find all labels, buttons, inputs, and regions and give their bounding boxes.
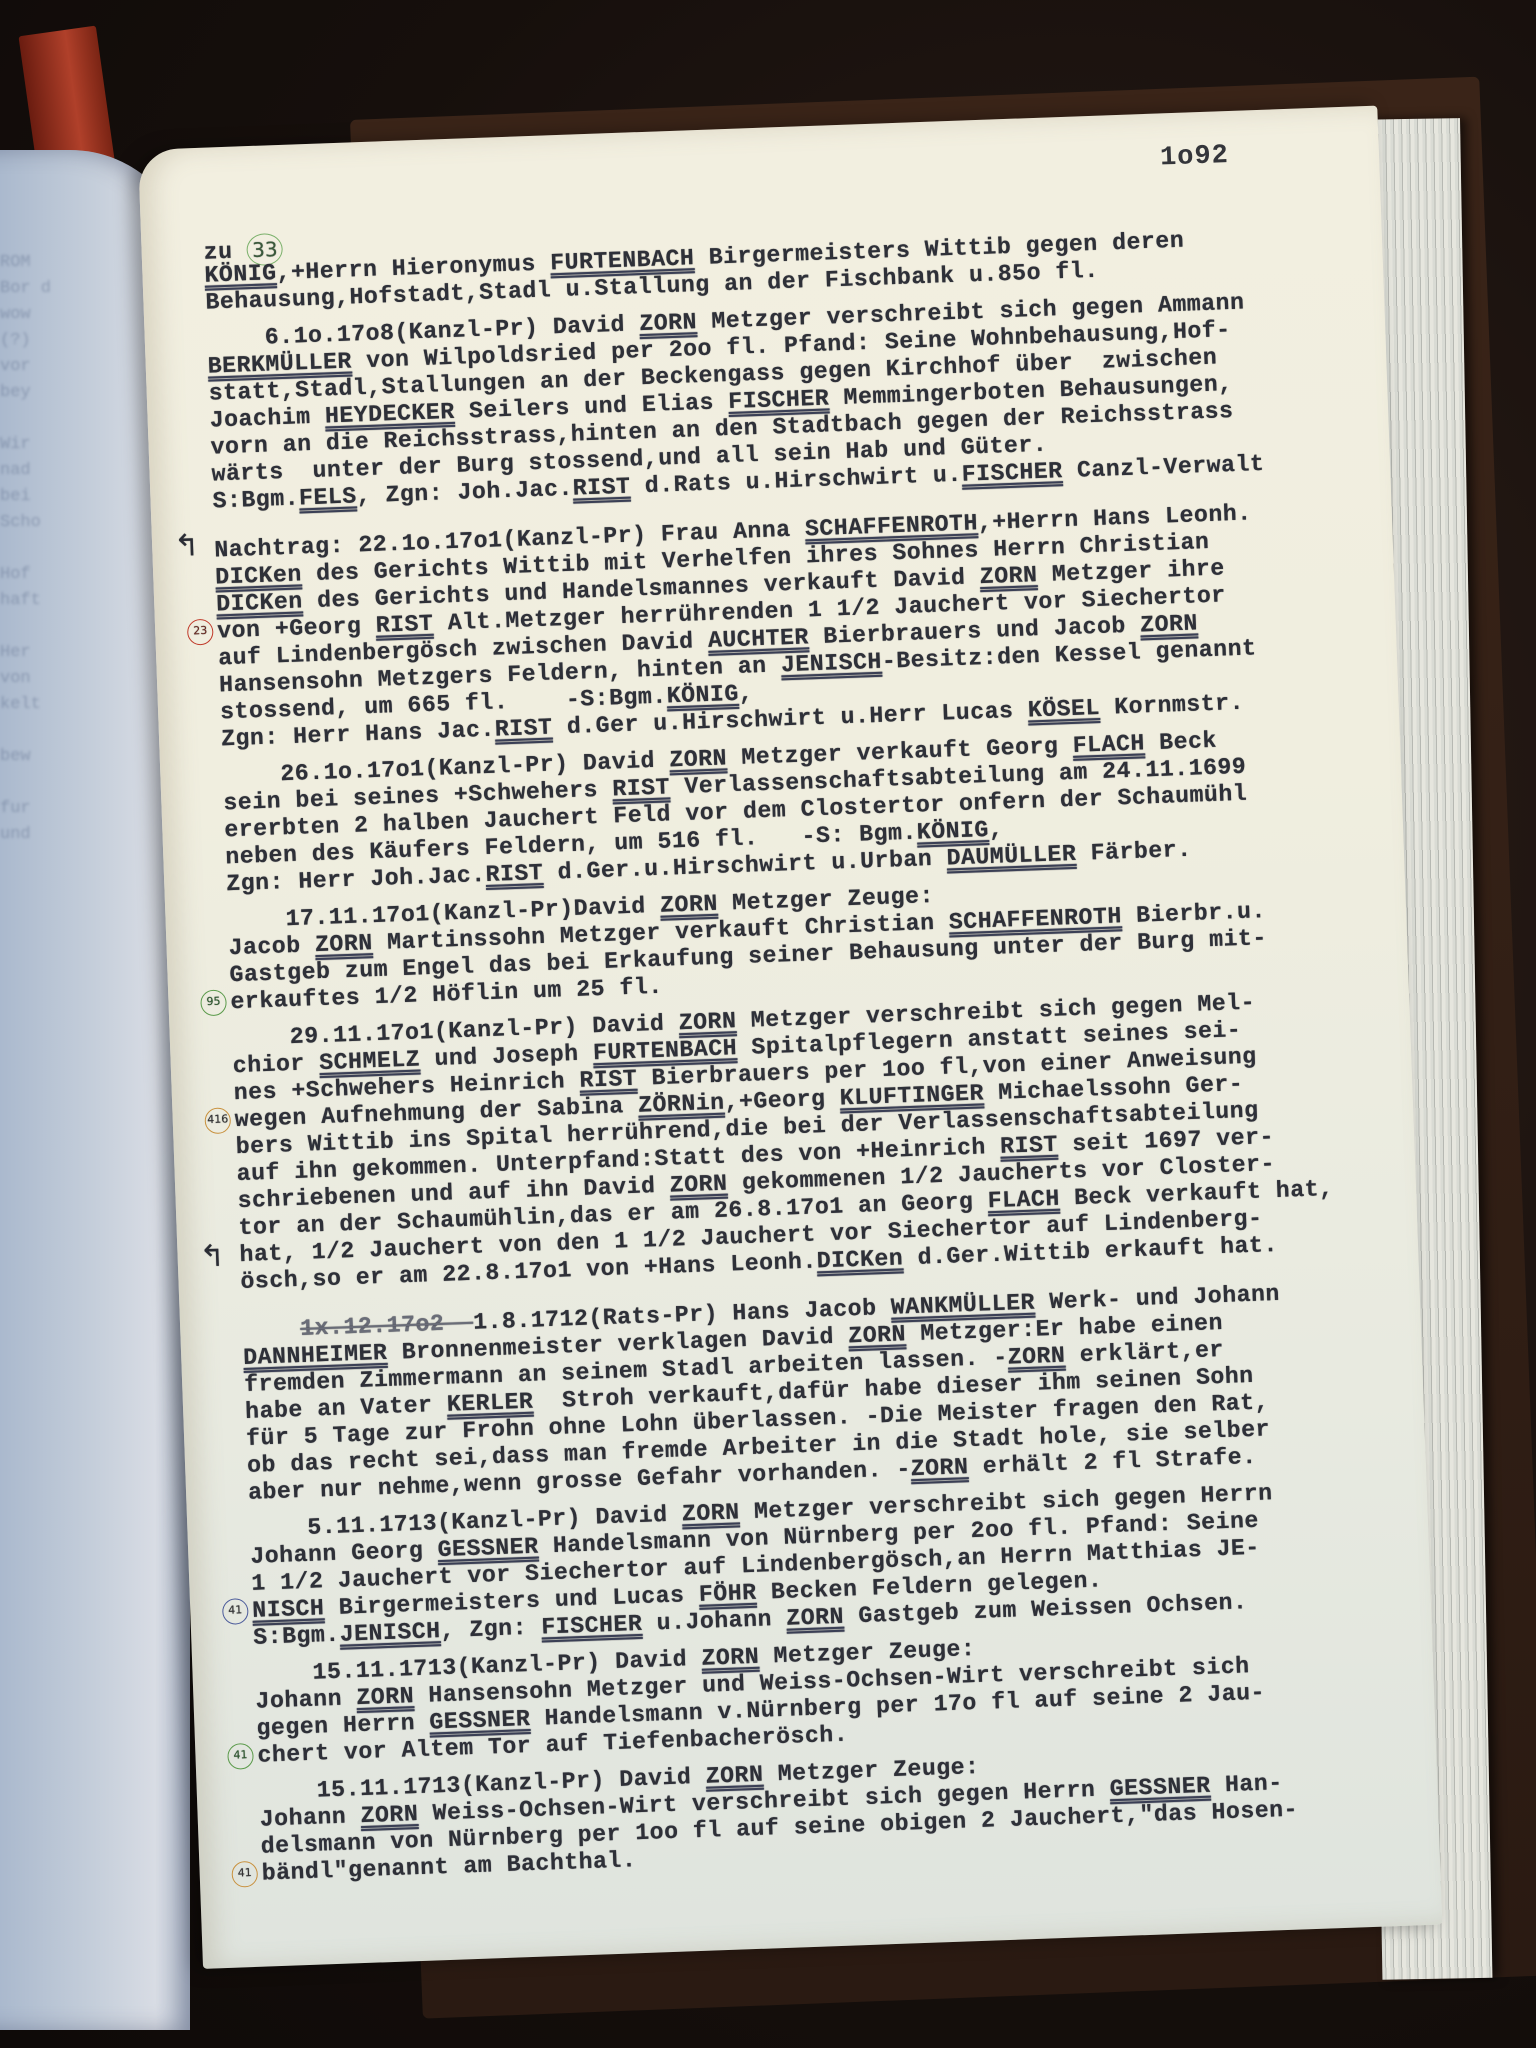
- entry-1701-10-26: 26.1o.17o1(Kanzl-Pr) David ZORN Metzger …: [222, 722, 1376, 898]
- margin-arrow-icon: ↰: [174, 532, 200, 560]
- document-page: 1o92 zu 33KÖNIG,+Herrn Hieronymus FURTEN…: [138, 106, 1442, 1969]
- entry-1701-10-22-nachtrag: Nachtrag: 22.1o.17o1(Kanzl-Pr) Frau Anna…: [214, 496, 1371, 753]
- margin-annotation-mark: 41: [231, 1861, 258, 1888]
- typewritten-text: zu 33KÖNIG,+Herrn Hieronymus FURTENBACH …: [203, 195, 1411, 1888]
- entry-1701-11-29: 29.11.17o1(Kanzl-Pr) David ZORN Metzger …: [231, 985, 1390, 1296]
- margin-annotation-mark: 41: [222, 1598, 249, 1625]
- entry-1713-11-05: 5.11.1713(Kanzl-Pr) David ZORN Metzger v…: [249, 1476, 1403, 1652]
- margin-annotation-mark: 95: [200, 989, 227, 1016]
- margin-annotation-mark: 416: [204, 1107, 231, 1134]
- margin-arrow-icon: ↰: [199, 1243, 225, 1271]
- page-number: 1o92: [1160, 141, 1230, 173]
- margin-annotation-mark: 23: [187, 619, 214, 646]
- entry-1708-10-06: 6.1o.17o8(Kanzl-Pr) David ZORN Metzger v…: [206, 286, 1362, 516]
- margin-annotation-mark: 41: [227, 1743, 254, 1770]
- entry-1712-08-01: 1x.12.17o2 1.8.1712(Rats-Pr) Hans Jacob …: [242, 1277, 1398, 1507]
